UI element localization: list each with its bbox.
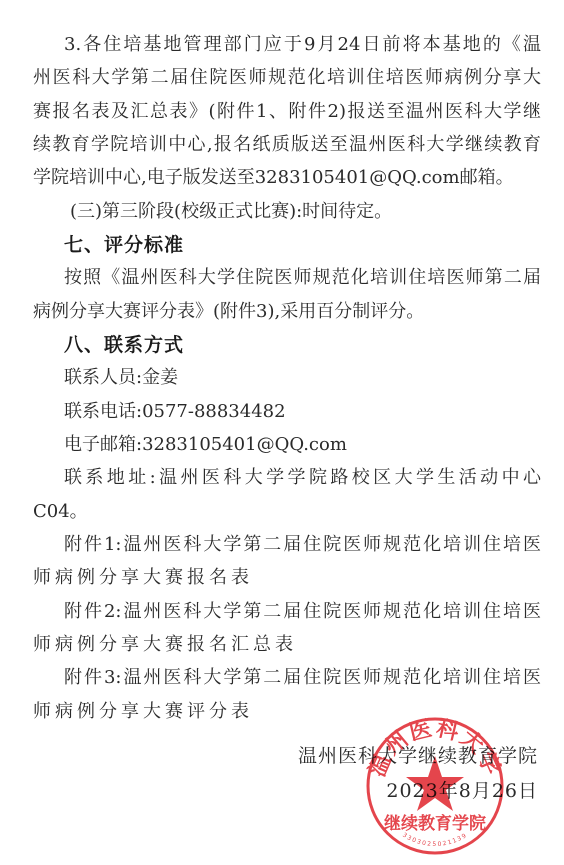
stage-3-text: (三)第三阶段(校级正式比赛):时间待定。 — [70, 200, 547, 224]
seal-serial: 3303025021139 — [401, 832, 469, 848]
signature-date: 2023年8月26日 — [386, 779, 538, 803]
attachment-2-line-1: 附件2:温州医科大学第二届住院医师规范化培训住培医 — [64, 600, 541, 624]
attachment-2-line-2: 师病例分享大赛报名汇总表 — [33, 633, 541, 657]
contact-phone: 联系电话:0577-88834482 — [64, 400, 541, 424]
document-page: 3.各住培基地管理部门应于9月24日前将本基地的《温 州医科大学第二届住院医师规… — [0, 0, 564, 865]
paragraph-3-line-2: 州医科大学第二届住院医师规范化培训住培医师病例分享大 — [33, 66, 541, 90]
paragraph-3-line-3: 赛报名表及汇总表》(附件1、附件2)报送至温州医科大学继 — [33, 100, 541, 124]
svg-text:3303025021139: 3303025021139 — [401, 832, 469, 848]
seal-center-text: 继续教育学院 — [384, 813, 486, 834]
section-7-heading: 七、评分标准 — [64, 233, 541, 257]
attachment-1-line-2: 师病例分享大赛报名表 — [33, 566, 541, 590]
section-7-line-1: 按照《温州医科大学住院医师规范化培训住培医师第二届 — [64, 266, 541, 290]
paragraph-3-line-1: 3.各住培基地管理部门应于9月24日前将本基地的《温 — [64, 33, 541, 57]
contact-address-line-2: C04。 — [33, 500, 541, 524]
attachment-3-line-2: 师病例分享大赛评分表 — [33, 700, 541, 724]
attachment-3-line-1: 附件3:温州医科大学第二届住院医师规范化培训住培医 — [64, 666, 541, 690]
paragraph-3-line-4: 续教育学院培训中心,报名纸质版送至温州医科大学继续教育 — [33, 133, 541, 157]
paragraph-3-line-5: 学院培训中心,电子版发送至3283105401@QQ.com邮箱。 — [33, 166, 541, 190]
section-8-heading: 八、联系方式 — [64, 333, 541, 357]
signature-organization: 温州医科大学继续教育学院 — [298, 744, 538, 768]
contact-person: 联系人员:金姜 — [64, 366, 541, 390]
contact-address-line-1: 联系地址:温州医科大学学院路校区大学生活动中心 — [64, 466, 541, 490]
contact-email: 电子邮箱:3283105401@QQ.com — [64, 433, 541, 457]
section-7-line-2: 病例分享大赛评分表》(附件3),采用百分制评分。 — [33, 300, 541, 324]
attachment-1-line-1: 附件1:温州医科大学第二届住院医师规范化培训住培医 — [64, 533, 541, 557]
